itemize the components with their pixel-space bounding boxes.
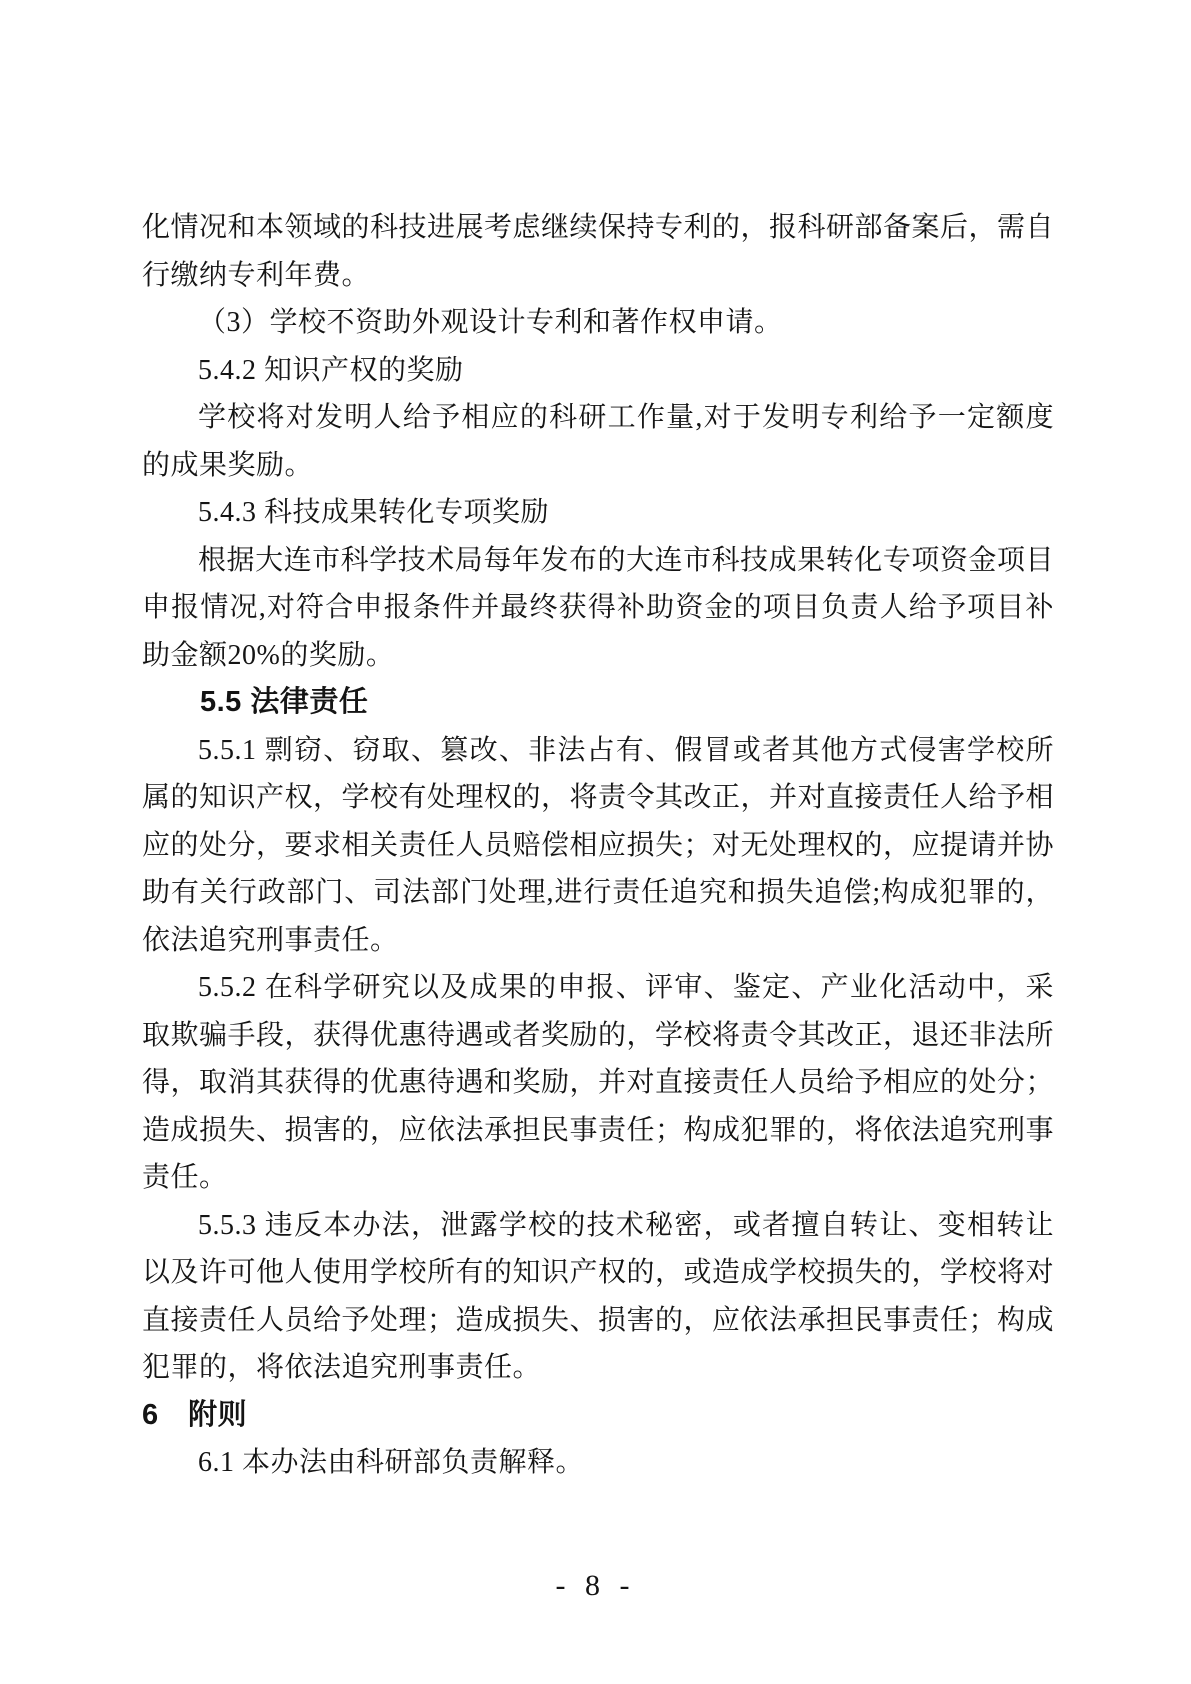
paragraph-item-3: （3）学校不资助外观设计专利和著作权申请。 — [142, 299, 1054, 347]
paragraph-5-5-3: 5.5.3 违反本办法，泄露学校的技术秘密，或者擅自转让、变相转让以及许可他人使… — [142, 1202, 1054, 1392]
paragraph-5-5-1: 5.5.1 剽窃、窃取、篡改、非法占有、假冒或者其他方式侵害学校所属的知识产权，… — [142, 727, 1054, 965]
section-heading-6-supplementary: 6 附则 — [142, 1392, 1054, 1440]
paragraph-5-4-2-body: 学校将对发明人给予相应的科研工作量,对于发明专利给予一定额度的成果奖励。 — [142, 394, 1054, 489]
paragraph-5-4-3-body: 根据大连市科学技术局每年发布的大连市科技成果转化专项资金项目申报情况,对符合申报… — [142, 537, 1054, 680]
page-number: - 8 - — [0, 1566, 1191, 1606]
page-content: 化情况和本领域的科技进展考虑继续保持专利的，报科研部备案后，需自行缴纳专利年费。… — [142, 204, 1054, 1487]
subheading-5-4-3: 5.4.3 科技成果转化专项奖励 — [142, 489, 1054, 537]
section-heading-5-5-legal-liability: 5.5 法律责任 — [142, 679, 1054, 727]
document-page: 化情况和本领域的科技进展考虑继续保持专利的，报科研部备案后，需自行缴纳专利年费。… — [0, 0, 1191, 1684]
subheading-5-4-2: 5.4.2 知识产权的奖励 — [142, 347, 1054, 395]
paragraph-patent-fee-continuation: 化情况和本领域的科技进展考虑继续保持专利的，报科研部备案后，需自行缴纳专利年费。 — [142, 204, 1054, 299]
paragraph-5-5-2: 5.5.2 在科学研究以及成果的申报、评审、鉴定、产业化活动中，采取欺骗手段，获… — [142, 964, 1054, 1202]
paragraph-6-1: 6.1 本办法由科研部负责解释。 — [142, 1439, 1054, 1487]
